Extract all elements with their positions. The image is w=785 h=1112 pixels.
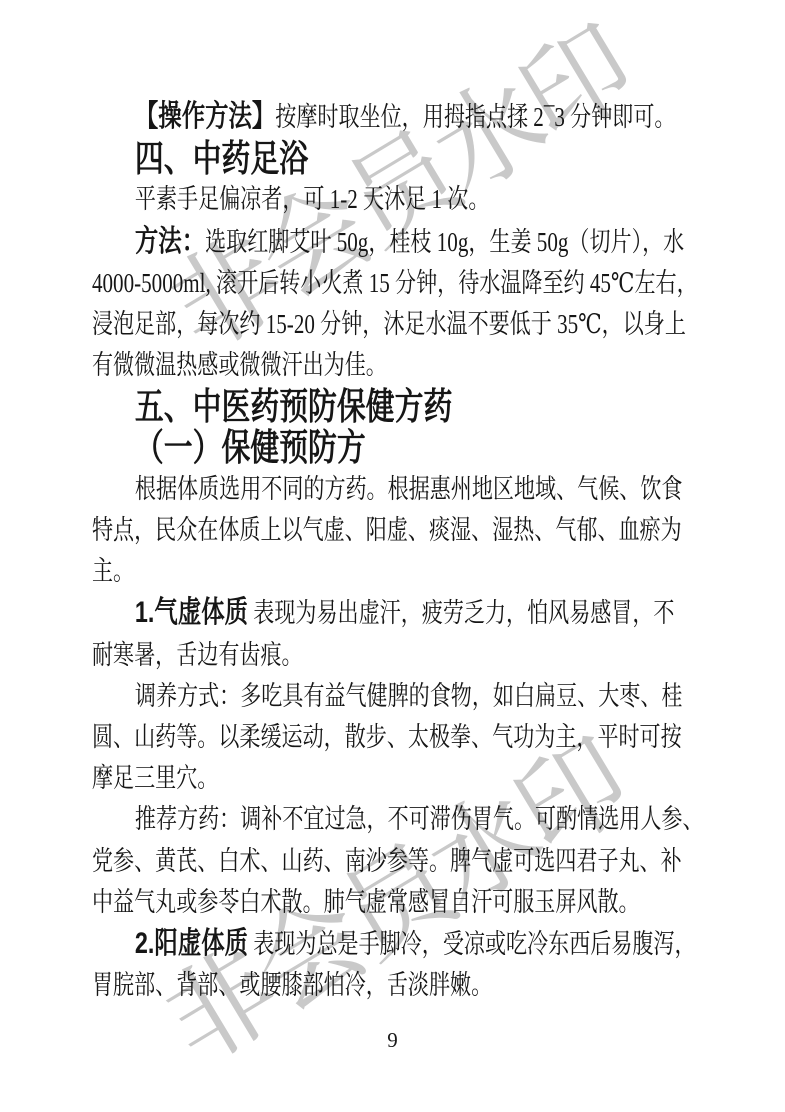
line-text: 按摩时取坐位，用拇指点揉 2¯3 分钟即可。 bbox=[275, 102, 675, 132]
line-text: 圆、山药等。以柔缓运动，散步、太极拳、气功为主，平时可按 bbox=[92, 722, 682, 752]
text-line: 摩足三里穴。 bbox=[92, 758, 697, 799]
line-text: 4000-5000ml, 滚开后转小火煮 15 分钟，待水温降至约 45℃左右， bbox=[92, 268, 698, 298]
text-line: 4000-5000ml, 滚开后转小火煮 15 分钟，待水温降至约 45℃左右， bbox=[92, 263, 697, 304]
bold-label: 方法： bbox=[135, 225, 205, 258]
paragraph-method: 方法：选取红脚艾叶 50g，桂枝 10g，生姜 50g（切片），水 bbox=[92, 221, 697, 263]
paragraph-operation-method: 【操作方法】按摩时取坐位，用拇指点揉 2¯3 分钟即可。 bbox=[92, 96, 697, 138]
text-line: 主。 bbox=[92, 551, 697, 592]
text-line: 圆、山药等。以柔缓运动，散步、太极拳、气功为主，平时可按 bbox=[92, 717, 697, 758]
line-text: 表现为总是手脚冷，受凉或吃冷东西后易腹泻， bbox=[248, 929, 696, 959]
page-number: 9 bbox=[0, 1028, 785, 1053]
bold-label: 1.气虚体质 bbox=[135, 596, 248, 629]
text-line: 平素手足偏凉者，可 1-2 天沐足 1 次。 bbox=[92, 179, 697, 220]
section-heading-four: 四、中药足浴 bbox=[92, 138, 697, 179]
text-line: 耐寒暑，舌边有齿痕。 bbox=[92, 635, 697, 676]
line-text: 平素手足偏凉者，可 1-2 天沐足 1 次。 bbox=[135, 184, 490, 214]
bold-label: 【操作方法】 bbox=[135, 100, 275, 133]
line-text: （一）保健预防方 bbox=[135, 428, 366, 469]
text-line: 有微微温热感或微微汗出为佳。 bbox=[92, 345, 697, 386]
text-line: 浸泡足部，每次约 15-20 分钟，沐足水温不要低于 35℃，以身上 bbox=[92, 304, 697, 345]
paragraph-qi-deficiency: 1.气虚体质 表现为易出虚汗，疲劳乏力，怕风易感冒，不 bbox=[92, 592, 697, 634]
line-text: 四、中药足浴 bbox=[135, 138, 308, 179]
text-line: 特点，民众在体质上以气虚、阳虚、痰湿、湿热、气郁、血瘀为 bbox=[92, 510, 697, 551]
line-text: 特点，民众在体质上以气虚、阳虚、痰湿、湿热、气郁、血瘀为 bbox=[92, 515, 682, 545]
document-body: 【操作方法】按摩时取坐位，用拇指点揉 2¯3 分钟即可。 四、中药足浴 平素手足… bbox=[92, 96, 697, 1006]
document-page: 非会员水印 非会员水印 【操作方法】按摩时取坐位，用拇指点揉 2¯3 分钟即可。… bbox=[0, 0, 785, 1112]
text-line: 胃脘部、背部、或腰膝部怕冷，舌淡胖嫩。 bbox=[92, 965, 697, 1006]
line-text: 胃脘部、背部、或腰膝部怕冷，舌淡胖嫩。 bbox=[92, 970, 492, 1000]
text-line: 调养方式：多吃具有益气健脾的食物，如白扁豆、大枣、桂 bbox=[92, 676, 697, 717]
line-text: 选取红脚艾叶 50g，桂枝 10g，生姜 50g（切片），水 bbox=[205, 227, 684, 257]
line-text: 党参、黄芪、白术、山药、南沙参等。脾气虚可选四君子丸、补 bbox=[92, 846, 682, 876]
line-text: 表现为易出虚汗，疲劳乏力，怕风易感冒，不 bbox=[248, 598, 674, 628]
line-text: 有微微温热感或微微汗出为佳。 bbox=[92, 350, 387, 380]
line-text: 根据体质选用不同的方药。根据惠州地区地域、气候、饮食 bbox=[135, 474, 683, 504]
line-text: 主。 bbox=[92, 556, 134, 586]
text-line: 根据体质选用不同的方药。根据惠州地区地域、气候、饮食 bbox=[92, 469, 697, 510]
line-text: 推荐方药：调补不宜过急，不可滞伤胃气。可酌情选用人参、 bbox=[135, 804, 704, 834]
section-heading-five: 五、中医药预防保健方药 bbox=[92, 386, 697, 427]
line-text: 调养方式：多吃具有益气健脾的食物，如白扁豆、大枣、桂 bbox=[135, 681, 683, 711]
line-text: 中益气丸或参苓白术散。肺气虚常感冒自汗可服玉屏风散。 bbox=[92, 887, 640, 917]
line-text: 五、中医药预防保健方药 bbox=[135, 386, 452, 427]
subsection-heading: （一）保健预防方 bbox=[92, 428, 697, 469]
text-line: 党参、黄芪、白术、山药、南沙参等。脾气虚可选四君子丸、补 bbox=[92, 841, 697, 882]
text-line: 中益气丸或参苓白术散。肺气虚常感冒自汗可服玉屏风散。 bbox=[92, 882, 697, 923]
bold-label: 2.阳虚体质 bbox=[135, 927, 248, 960]
text-line: 推荐方药：调补不宜过急，不可滞伤胃气。可酌情选用人参、 bbox=[92, 799, 697, 840]
paragraph-yang-deficiency: 2.阳虚体质 表现为总是手脚冷，受凉或吃冷东西后易腹泻， bbox=[92, 923, 697, 965]
line-text: 耐寒暑，舌边有齿痕。 bbox=[92, 640, 303, 670]
line-text: 浸泡足部，每次约 15-20 分钟，沐足水温不要低于 35℃，以身上 bbox=[92, 309, 686, 339]
line-text: 摩足三里穴。 bbox=[92, 763, 218, 793]
